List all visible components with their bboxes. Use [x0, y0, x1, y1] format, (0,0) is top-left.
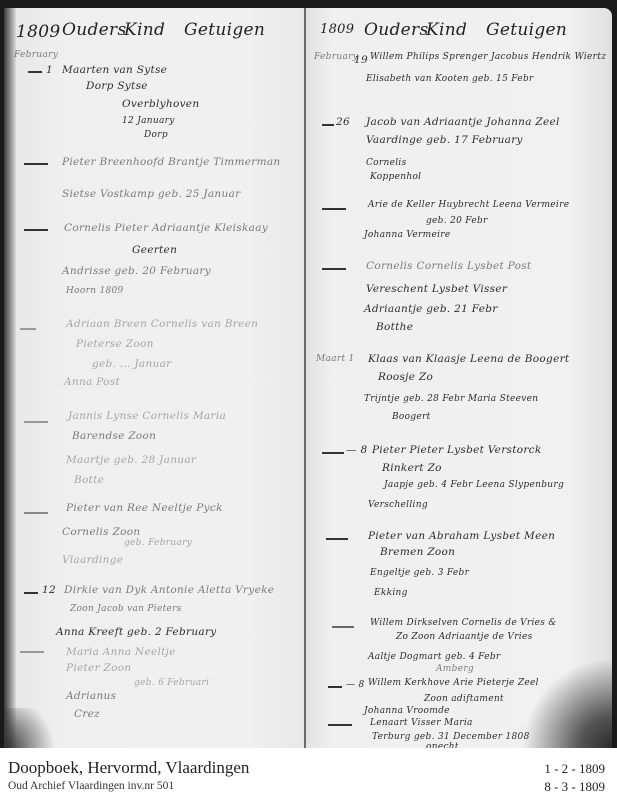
entry-line: Dorp Sytse [86, 80, 148, 92]
left-col-ouders: Ouders [62, 20, 126, 40]
entry-line: Botte [74, 474, 104, 486]
entry-line: Ekking [374, 588, 408, 598]
entry-line: Johanna Vroomde [364, 706, 450, 716]
entry-line: Engeltje geb. 3 Febr [370, 568, 469, 578]
entry-line: Willem Dirkselven Cornelis de Vries & [370, 618, 557, 628]
entry-dash [24, 592, 38, 594]
entry-line: Zo Zoon Adriaantje de Vries [396, 632, 533, 642]
entry-dash [322, 452, 344, 454]
entry-line: Cornelis Cornelis Lysbet Post [366, 260, 531, 272]
left-page: 1809 Ouders Kind Getuigen February 1 Maa… [4, 8, 306, 748]
entry-line: Andrisse geb. 20 February [62, 265, 211, 277]
entry-dash [328, 724, 352, 726]
entry-line: Jannis Lynse Cornelis Maria [68, 410, 226, 422]
entry-dash [24, 421, 48, 423]
left-col-getuigen: Getuigen [184, 20, 265, 40]
entry-line: Crez [74, 708, 100, 720]
entry-line: Geerten [132, 244, 177, 256]
binding-edge [4, 8, 16, 748]
entry-line: Bremen Zoon [380, 546, 455, 558]
entry-dash [326, 538, 348, 540]
entry-dash [24, 229, 48, 231]
entry-line: Aaltje Dogmart geb. 4 Febr [368, 652, 501, 662]
right-col-getuigen: Getuigen [486, 20, 567, 40]
entry-line: Dirkie van Dyk Antonie Aletta Vryeke [64, 584, 274, 596]
page-shadow [522, 658, 612, 748]
entry-day: — 8 [346, 680, 365, 690]
entry-line: Zoon Jacob van Pieters [70, 604, 182, 614]
entry-dash [20, 328, 36, 330]
entry-day: 26 [336, 116, 350, 128]
entry-line: Pieter Pieter Lysbet Verstorck [372, 444, 542, 456]
entry-line: Sietse Vostkamp geb. 25 Januar [62, 188, 240, 200]
entry-line: Verschelling [368, 500, 428, 510]
entry-line: geb. 20 Febr [426, 216, 488, 226]
entry-line: Dorp [144, 130, 168, 140]
date-range-end: 8 - 3 - 1809 [544, 779, 605, 795]
right-page: 1809 Ouders Kind Getuigen February 19 Wi… [306, 8, 612, 748]
entry-line: 12 January [122, 116, 175, 126]
entry-line: Amberg [436, 664, 474, 674]
entry-line: Trijntje geb. 28 Febr Maria Steeven [364, 394, 538, 404]
entry-line: Jacob van Adriaantje Johanna Zeel [366, 116, 560, 128]
entry-line: geb. February [124, 538, 192, 548]
entry-line: Rinkert Zo [382, 462, 442, 474]
entry-line: Cornelis [366, 158, 407, 168]
entry-line: Elisabeth van Kooten geb. 15 Febr [366, 74, 534, 84]
right-col-kind: Kind [426, 20, 467, 40]
date-range-start: 1 - 2 - 1809 [544, 761, 605, 777]
register-title: Doopboek, Hervormd, Vlaardingen [8, 758, 249, 778]
page-shadow [4, 708, 64, 748]
entry-line: Hoorn 1809 [66, 286, 124, 296]
entry-line: Barendse Zoon [72, 430, 156, 442]
entry-line: Pieter Breenhoofd Brantje Timmerman [62, 156, 280, 168]
entry-day: Maart 1 [316, 354, 355, 364]
entry-line: Willem Kerkhove Arie Pieterje Zeel [368, 678, 539, 688]
entry-line: Adriaan Breen Cornelis van Breen [66, 318, 258, 330]
entry-dash [24, 163, 48, 165]
entry-dash [322, 268, 346, 270]
caption-footer: Doopboek, Hervormd, Vlaardingen Oud Arch… [0, 748, 617, 800]
entry-line: Pieter van Abraham Lysbet Meen [368, 530, 555, 542]
entry-line: Boogert [392, 412, 431, 422]
entry-day: 19 [354, 54, 368, 66]
entry-line: Willem Philips Sprenger Jacobus Hendrik … [370, 52, 606, 62]
entry-line: Lenaart Visser Maria [370, 718, 473, 728]
entry-day: — 8 [346, 444, 367, 456]
entry-line: Adriaantje geb. 21 Febr [364, 303, 498, 315]
entry-line: Cornelis Pieter Adriaantje Kleiskaay [64, 222, 268, 234]
entry-day: 12 [42, 584, 56, 596]
entry-dash [322, 124, 334, 126]
entry-line: Koppenhol [370, 172, 421, 182]
entry-line: Johanna Vermeire [364, 230, 450, 240]
entry-line: Maria Anna Neeltje [66, 646, 176, 658]
entry-line: Terburg geb. 31 December 1808 [372, 732, 530, 742]
entry-line: Botthe [376, 321, 413, 333]
entry-line: Arie de Keller Huybrecht Leena Vermeire [368, 200, 569, 210]
right-col-ouders: Ouders [364, 20, 428, 40]
entry-line: Overblyhoven [122, 98, 199, 110]
entry-dash [328, 686, 342, 688]
entry-dash [28, 71, 42, 73]
right-month: February [314, 52, 358, 62]
entry-line: Adrianus [66, 690, 116, 702]
entry-line: geb. 6 Februari [134, 678, 209, 688]
entry-line: Zoon adiftament [424, 694, 504, 704]
entry-day: 1 [46, 64, 53, 76]
entry-line: Jaapje geb. 4 Febr Leena Slypenburg [384, 480, 564, 490]
entry-dash [322, 208, 346, 210]
entry-dash [20, 651, 44, 653]
entry-dash [332, 626, 354, 628]
entry-line: Klaas van Klaasje Leena de Boogert [368, 353, 569, 365]
entry-line: Vlaardinge [62, 554, 123, 566]
left-month: February [14, 50, 58, 60]
entry-line: Pieterse Zoon [76, 338, 154, 350]
archive-reference: Oud Archief Vlaardingen inv.nr 501 [8, 780, 174, 792]
entry-dash [24, 512, 48, 514]
entry-line: Pieter van Ree Neeltje Pyck [66, 502, 223, 514]
entry-line: Maarten van Sytse [62, 64, 167, 76]
entry-line: Vaardinge geb. 17 February [366, 134, 523, 146]
entry-line: Anna Post [64, 376, 120, 388]
entry-line: Anna Kreeft geb. 2 February [56, 626, 217, 638]
entry-line: Pieter Zoon [66, 662, 131, 674]
entry-line: Vereschent Lysbet Visser [366, 283, 507, 295]
entry-line: geb. ... Januar [92, 358, 171, 370]
entry-line: Cornelis Zoon [62, 526, 140, 538]
entry-line: Roosje Zo [378, 371, 433, 383]
entry-line: Maartje geb. 28 Januar [66, 454, 196, 466]
right-year-header: 1809 [320, 22, 354, 37]
document-scan: 1809 Ouders Kind Getuigen February 1 Maa… [0, 0, 617, 748]
left-year-header: 1809 [16, 22, 60, 42]
left-col-kind: Kind [124, 20, 165, 40]
